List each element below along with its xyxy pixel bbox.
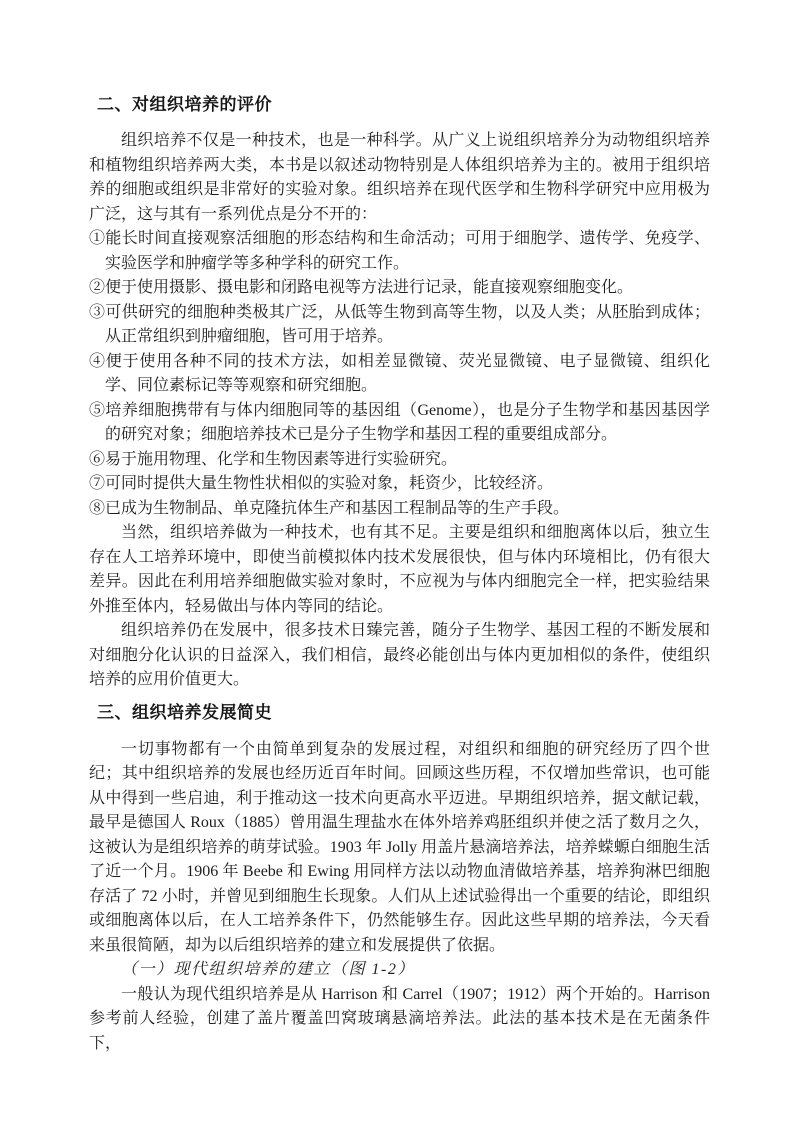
list-item-advantage-2: ②便于使用摄影、摄电影和闭路电视等方法进行记录，能直接观察细胞变化。 bbox=[89, 276, 710, 301]
list-item-advantage-1: ①能长时间直接观察活细胞的形态结构和生命活动；可用于细胞学、遗传学、免疫学、实验… bbox=[89, 227, 710, 276]
document-page: 二、对组织培养的评价 组织培养不仅是一种技术，也是一种科学。从广义上说组织培养分… bbox=[0, 0, 794, 1122]
paragraph-modern-culture: 一般认为现代组织培养是从 Harrison 和 Carrel（1907；1912… bbox=[89, 983, 710, 1057]
subheading-modern-culture-establishment: （一）现代组织培养的建立（图 1-2） bbox=[89, 958, 710, 983]
paragraph-outlook: 组织培养仍在发展中，很多技术日臻完善，随分子生物学、基因工程的不断发展和对细胞分… bbox=[89, 619, 710, 693]
list-item-advantage-6: ⑥易于施用物理、化学和生物因素等进行实验研究。 bbox=[89, 448, 710, 473]
paragraph-limitations: 当然，组织培养做为一种技术，也有其不足。主要是组织和细胞离体以后，独立生存在人工… bbox=[89, 521, 710, 619]
paragraph-history: 一切事物都有一个由简单到复杂的发展过程，对组织和细胞的研究经历了四个世纪；其中组… bbox=[89, 738, 710, 959]
list-item-advantage-5: ⑤培养细胞携带有与体内细胞同等的基因组（Genome），也是分子生物学和基因基因… bbox=[89, 399, 710, 448]
list-item-advantage-3: ③可供研究的细胞种类极其广泛，从低等生物到高等生物，以及人类；从胚胎到成体；从正… bbox=[89, 301, 710, 350]
list-item-advantage-7: ⑦可同时提供大量生物性状相似的实验对象，耗资少，比较经济。 bbox=[89, 472, 710, 497]
list-item-advantage-4: ④便于使用各种不同的技术方法，如相差显微镜、荧光显微镜、电子显微镜、组织化学、同… bbox=[89, 350, 710, 399]
list-item-advantage-8: ⑧已成为生物制品、单克隆抗体生产和基因工程制品等的生产手段。 bbox=[89, 497, 710, 522]
advantages-list: ①能长时间直接观察活细胞的形态结构和生命活动；可用于细胞学、遗传学、免疫学、实验… bbox=[89, 227, 710, 521]
paragraph-evaluation-intro: 组织培养不仅是一种技术，也是一种科学。从广义上说组织培养分为动物组织培养和植物组… bbox=[89, 129, 710, 227]
section-heading-evaluation: 二、对组织培养的评价 bbox=[97, 95, 710, 115]
section-heading-history: 三、组织培养发展简史 bbox=[97, 703, 710, 723]
